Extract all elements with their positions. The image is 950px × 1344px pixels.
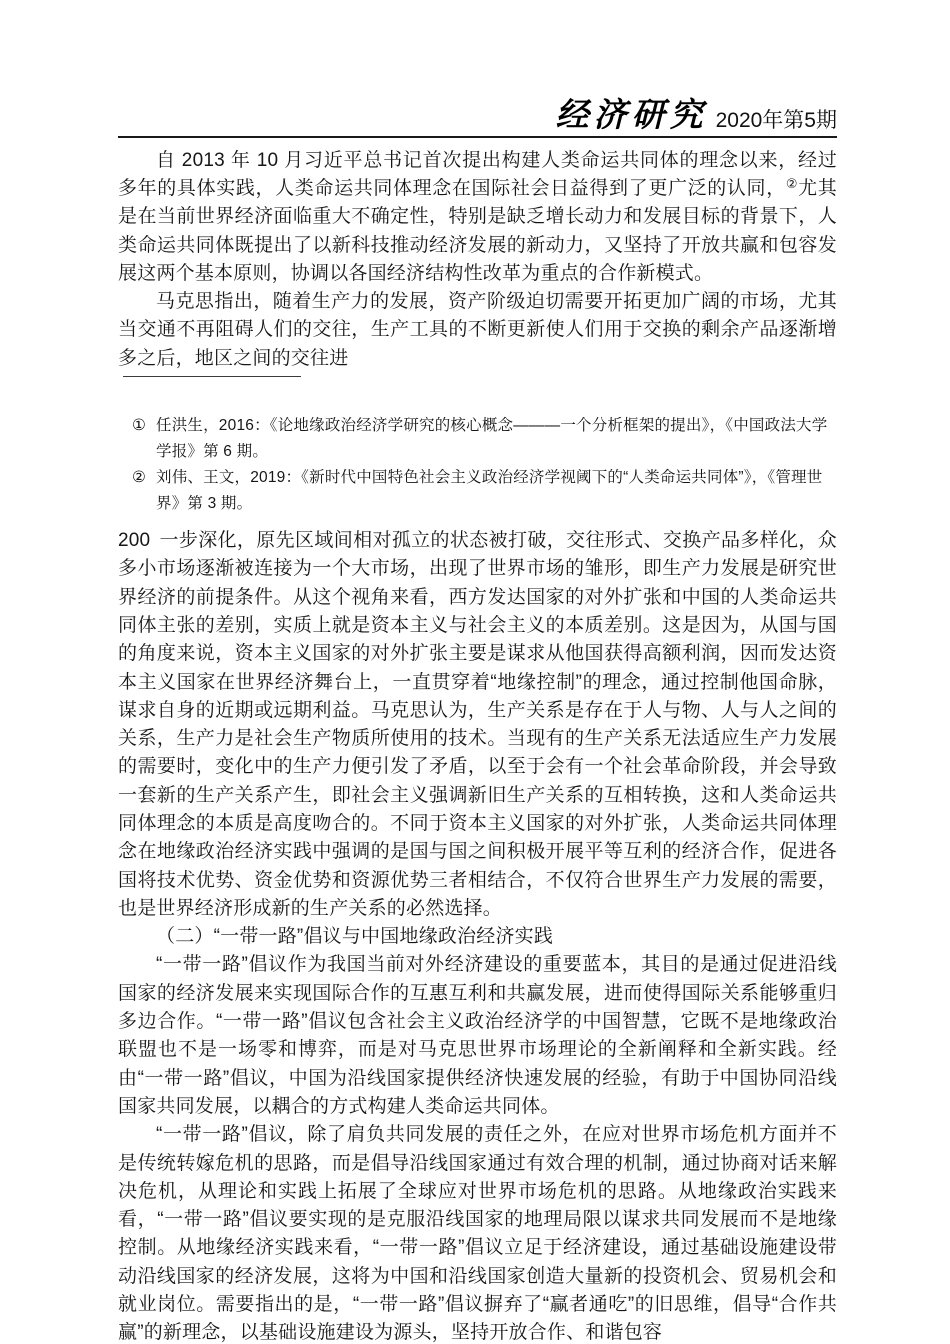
paragraph-marx: 马克思指出，随着生产力的发展，资产阶级迫切需要开拓更加广阔的市场，尤其当交通不再… xyxy=(118,288,837,373)
paragraph-belt-road-1: “一带一路”倡议作为我国当前对外经济建设的重要蓝本，其目的是通过促进沿线国家的经… xyxy=(118,951,837,1121)
issue-label: 2020年第5期 xyxy=(716,109,837,133)
journal-logo: 经济研究 xyxy=(556,98,708,133)
section-heading: （二）“一带一路”倡议与中国地缘政治经济实践 xyxy=(118,923,837,951)
paragraph-intro: 自 2013 年 10 月习近平总书记首次提出构建人类命运共同体的理念以来，经过… xyxy=(118,147,837,288)
continuation-block: 200一步深化，原先区域间相对孤立的状态被打破，交往形式、交换产品多样化，众多小… xyxy=(118,527,837,1344)
paragraph-continuation-text: 一步深化，原先区域间相对孤立的状态被打破，交往形式、交换产品多样化，众多小市场逐… xyxy=(118,530,837,919)
footnotes-block: ① 任洪生，2016：《论地缘政治经济学研究的核心概念———一个分析框架的提出》… xyxy=(118,413,837,517)
footnote-2-text: 刘伟、王文，2019：《新时代中国特色社会主义政治经济学视阈下的“人类命运共同体… xyxy=(156,465,837,517)
footnote-separator xyxy=(123,376,301,377)
footnote-2: ② 刘伟、王文，2019：《新时代中国特色社会主义政治经济学视阈下的“人类命运共… xyxy=(118,465,837,517)
footnote-reference-2: ② xyxy=(786,176,798,191)
footnote-2-marker: ② xyxy=(132,465,156,517)
paragraph-belt-road-2: “一带一路”倡议，除了肩负共同发展的责任之外，在应对世界市场危机方面并不是传统转… xyxy=(118,1121,837,1344)
paragraph-continuation: 200一步深化，原先区域间相对孤立的状态被打破，交往形式、交换产品多样化，众多小… xyxy=(118,527,837,923)
journal-header: 经济研究 2020年第5期 xyxy=(118,98,837,138)
article-body: 自 2013 年 10 月习近平总书记首次提出构建人类命运共同体的理念以来，经过… xyxy=(118,147,837,1344)
footnote-1-marker: ① xyxy=(132,413,156,465)
footnote-1-text: 任洪生，2016：《论地缘政治经济学研究的核心概念———一个分析框架的提出》，《… xyxy=(156,413,837,465)
paragraph-intro-text-1: 自 2013 年 10 月习近平总书记首次提出构建人类命运共同体的理念以来，经过… xyxy=(118,150,837,199)
inline-page-number: 200 xyxy=(118,530,150,551)
footnote-1: ① 任洪生，2016：《论地缘政治经济学研究的核心概念———一个分析框架的提出》… xyxy=(118,413,837,465)
document-page: 经济研究 2020年第5期 自 2013 年 10 月习近平总书记首次提出构建人… xyxy=(0,0,950,1344)
